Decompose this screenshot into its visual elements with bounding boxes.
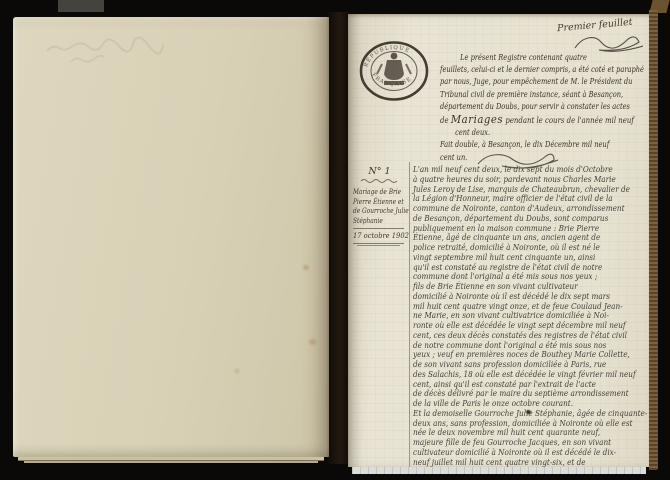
- foxing-spot: [303, 265, 309, 270]
- mariages-pre: de: [440, 116, 451, 125]
- margin-date: 17 octobre 1902: [353, 231, 399, 240]
- act-number: N° 1: [353, 166, 406, 177]
- left-page-edge-under: [24, 461, 318, 463]
- margin-rule: [353, 228, 404, 229]
- mariages-word: Mariages: [451, 112, 503, 126]
- margin-rule: [353, 243, 404, 244]
- margin-title-line: Pierre Étienne et: [353, 197, 395, 207]
- margin-title-line: de Gourroche Julie: [353, 206, 395, 216]
- certification-line: par nous, Juge, pour empêchement de M. l…: [440, 76, 614, 88]
- left-page-blank: [13, 17, 329, 457]
- left-page-edge-under: [18, 457, 324, 460]
- foxing-spot: [235, 369, 239, 373]
- right-page-premier-feuillet: Premier feuillet RÉPUBLIQUE FRANÇAISE Le…: [348, 14, 649, 467]
- act-line: neuf juillet mil huit cent quatre vingt-…: [413, 458, 623, 468]
- pencil-inscription: [43, 29, 173, 69]
- margin-squiggle-icon: [360, 178, 400, 184]
- official-seal-icon: RÉPUBLIQUE FRANÇAISE: [357, 40, 431, 102]
- book-page-edges: [649, 10, 658, 470]
- certification-line: cent deux.: [440, 127, 614, 139]
- right-page-edge-under: [352, 467, 646, 474]
- backdrop-clip-tab: [58, 0, 104, 12]
- margin-column: N° 1 Mariage de BriePierre Étienne etde …: [348, 162, 410, 467]
- mariages-post: pendant le cours de l'année mil neuf: [503, 116, 634, 125]
- certification-line: feuillets, celui-ci et le dernier compri…: [440, 64, 614, 76]
- certification-lines: Le présent Registre contenant quatrefeui…: [440, 52, 647, 113]
- scanned-register-photo: Premier feuillet RÉPUBLIQUE FRANÇAISE Le…: [0, 0, 670, 480]
- margin-title: Mariage de BriePierre Étienne etde Gourr…: [353, 187, 406, 225]
- certification-line-mariages: de Mariages pendant le cours de l'année …: [440, 113, 622, 127]
- certification-line: Le présent Registre contenant quatre: [440, 52, 614, 64]
- margin-title-line: Mariage de Brie: [353, 187, 395, 197]
- certification-text: Le présent Registre contenant quatrefeui…: [440, 52, 647, 164]
- marriage-act-text: L'an mil neuf cent deux, le dix sept du …: [413, 165, 646, 467]
- certification-line: Tribunal civil de première instance, séa…: [440, 89, 614, 101]
- margin-rule: [357, 245, 400, 246]
- ink-blot: [526, 410, 531, 414]
- margin-title-line: Stéphanie: [353, 216, 395, 226]
- foxing-spot: [309, 339, 316, 345]
